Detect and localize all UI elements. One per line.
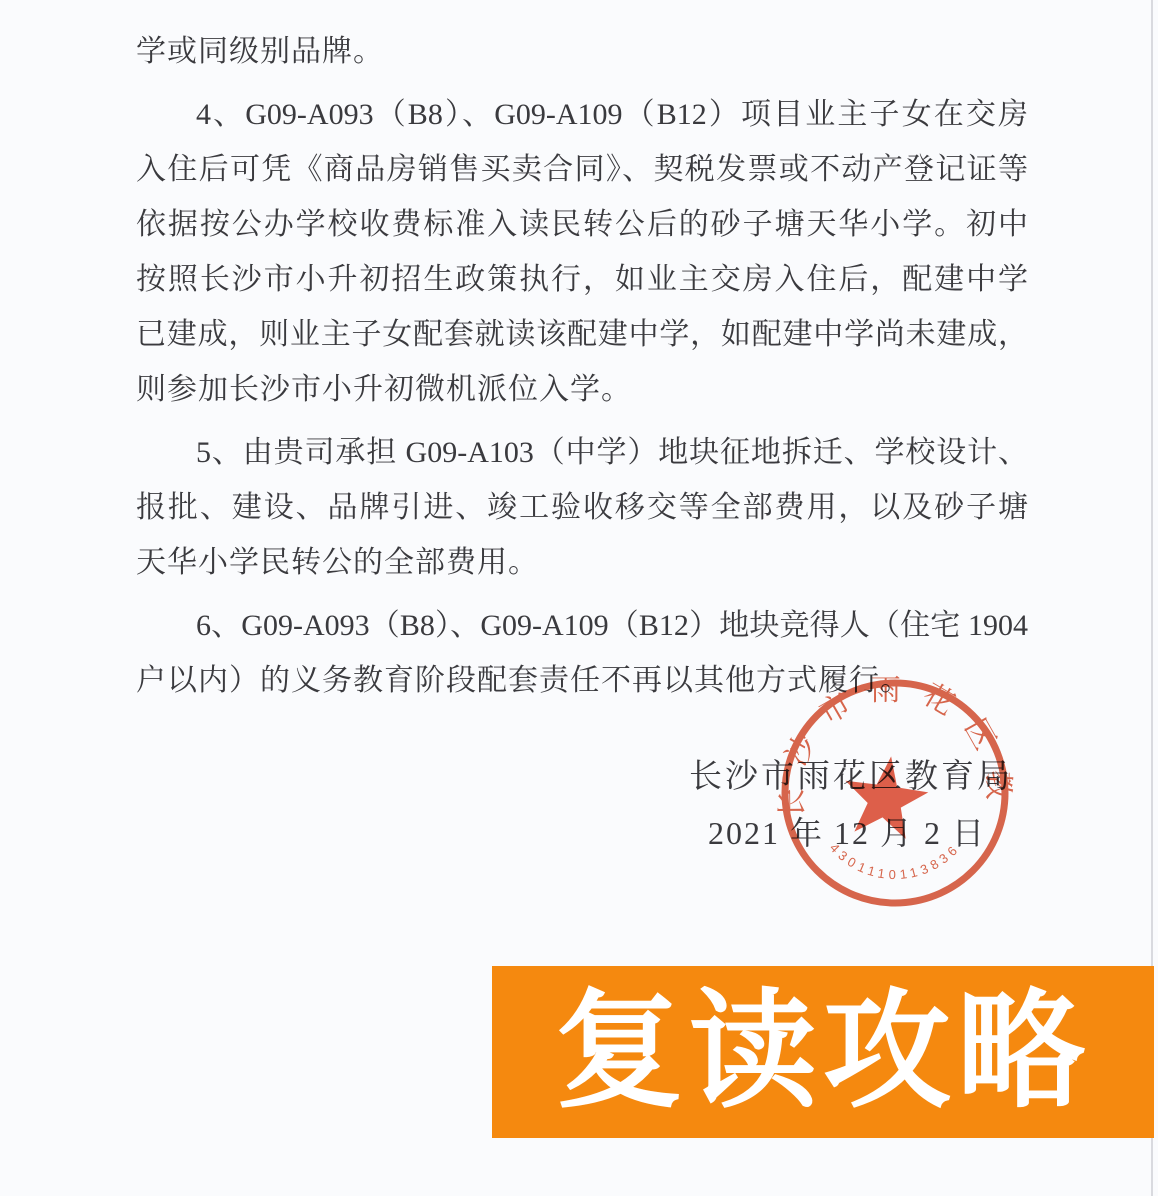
date-line: 2021 年 12 月 2 日 bbox=[708, 808, 986, 854]
text-line: 6、G09-A093（B8）、G09-A109（B12）地块竞得人（住宅 190… bbox=[136, 598, 1028, 653]
signature-line: 长沙市雨花区教育局 bbox=[689, 750, 1013, 797]
text-line: 入住后可凭《商品房销售买卖合同》、契税发票或不动产登记证等 bbox=[136, 142, 1028, 197]
text-line: 依据按公办学校收费标准入读民转公后的砂子塘天华小学。初中 bbox=[136, 197, 1028, 252]
text-line: 则参加长沙市小升初微机派位入学。 bbox=[136, 362, 1028, 417]
text-line: 已建成，则业主子女配套就读该配建中学，如配建中学尚未建成， bbox=[136, 307, 1028, 362]
text-line: 学或同级别品牌。 bbox=[136, 24, 1028, 79]
text-line: 户以内）的义务教育阶段配套责任不再以其他方式履行。 bbox=[136, 653, 1028, 708]
document-page: 学或同级别品牌。 4、G09-A093（B8）、G09-A109（B12）项目业… bbox=[0, 0, 1158, 1196]
text-line: 报批、建设、品牌引进、竣工验收移交等全部费用，以及砂子塘 bbox=[136, 480, 1028, 535]
banner: 复读攻略 bbox=[492, 966, 1154, 1138]
text-line: 天华小学民转公的全部费用。 bbox=[136, 535, 1028, 590]
text-line: 5、由贵司承担 G09-A103（中学）地块征地拆迁、学校设计、 bbox=[136, 425, 1028, 480]
body-text: 学或同级别品牌。 4、G09-A093（B8）、G09-A109（B12）项目业… bbox=[136, 24, 1028, 708]
text-line: 按照长沙市小升初招生政策执行，如业主交房入住后，配建中学 bbox=[136, 252, 1028, 307]
banner-label: 复读攻略 bbox=[555, 988, 1091, 1116]
text-line: 4、G09-A093（B8）、G09-A109（B12）项目业主子女在交房 bbox=[136, 87, 1028, 142]
